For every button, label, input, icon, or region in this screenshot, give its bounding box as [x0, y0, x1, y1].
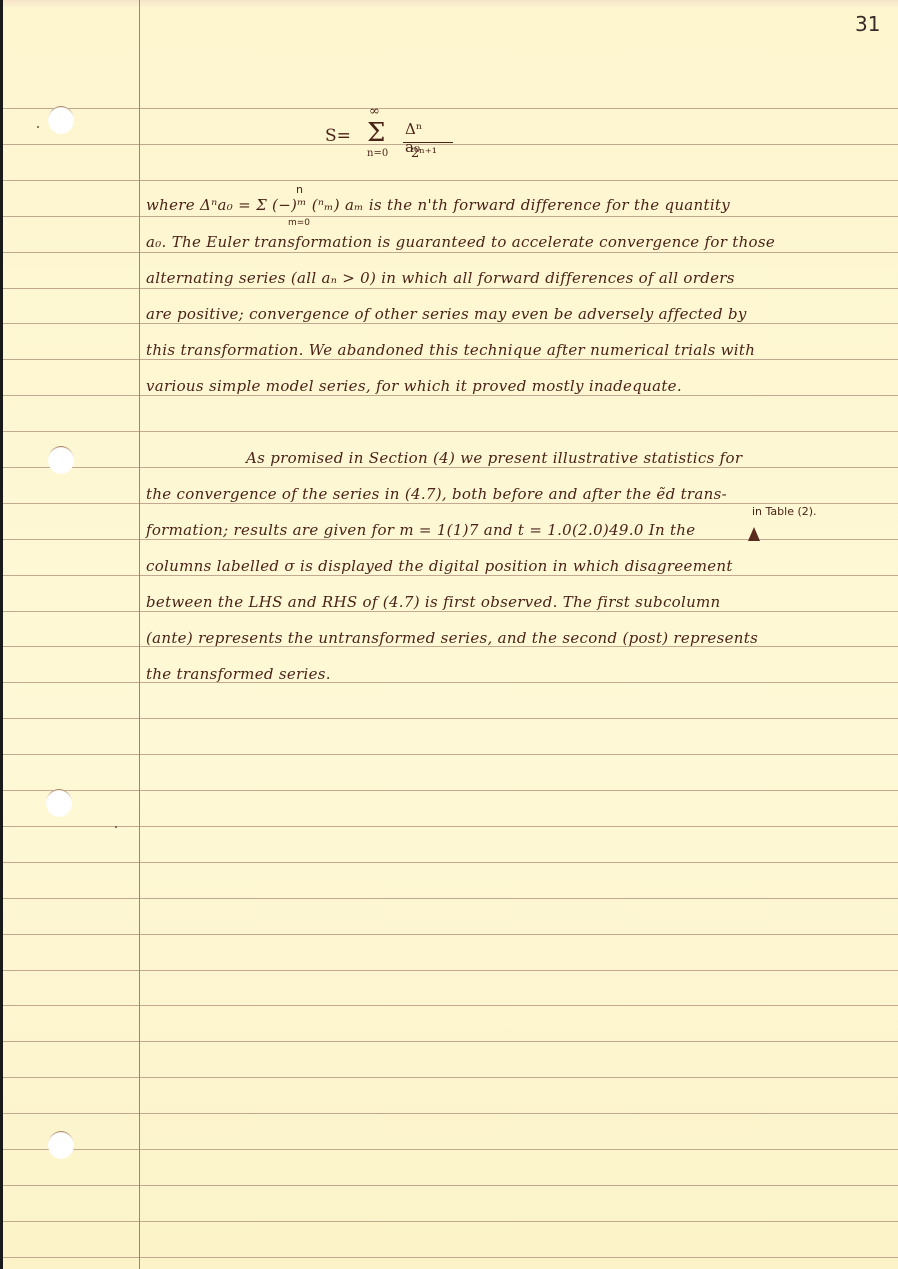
text-line: between the LHS and RHS of (4.7) is firs…	[146, 593, 721, 611]
summation-symbol: Σ	[367, 118, 385, 148]
rule-line	[3, 826, 898, 827]
rule-line	[3, 216, 898, 217]
formula-lower-limit: n=0	[367, 148, 388, 159]
text-line: the convergence of the series in (4.7), …	[146, 485, 727, 503]
punch-hole	[48, 106, 74, 134]
formula-upper-limit: ∞	[369, 104, 380, 119]
page-number: 31	[855, 12, 880, 36]
rule-line	[3, 790, 898, 791]
page-edge	[0, 0, 3, 1269]
punch-hole	[48, 446, 74, 474]
text-line: are positive; convergence of other serie…	[146, 305, 747, 323]
rule-line	[3, 180, 898, 181]
rule-line	[3, 1005, 898, 1006]
notebook-page: 31 S= ∞ Σ n=0 Δⁿ a₀ 2ⁿ⁺¹ where Δⁿa₀ = Σ …	[0, 0, 898, 1269]
rule-line	[3, 1113, 898, 1114]
rule-line	[3, 970, 898, 971]
insertion-caret	[748, 527, 760, 541]
text-line: formation; results are given for m = 1(1…	[146, 521, 695, 539]
rule-line	[3, 1257, 898, 1258]
rule-line	[3, 1185, 898, 1186]
rule-line	[3, 108, 898, 109]
rule-line	[3, 503, 898, 504]
text-line: alternating series (all aₙ > 0) in which…	[146, 269, 735, 287]
paper-speck	[37, 126, 39, 128]
rule-line	[3, 1077, 898, 1078]
text-line: where Δⁿa₀ = Σ (−)ᵐ (ⁿₘ) aₘ is the n'th …	[146, 196, 730, 214]
paper-speck	[115, 826, 117, 828]
rule-line	[3, 682, 898, 683]
rule-line	[3, 1149, 898, 1150]
rule-line	[3, 395, 898, 396]
rule-line	[3, 898, 898, 899]
text-line: this transformation. We abandoned this t…	[146, 341, 755, 359]
text-line: various simple model series, for which i…	[146, 377, 682, 395]
punch-hole	[46, 789, 72, 817]
rule-line	[3, 611, 898, 612]
rule-line	[3, 754, 898, 755]
rule-line	[3, 144, 898, 145]
rule-line	[3, 1221, 898, 1222]
rule-line	[3, 1041, 898, 1042]
rule-line	[3, 575, 898, 576]
text-line: (ante) represents the untransformed seri…	[146, 629, 758, 647]
rule-line	[3, 718, 898, 719]
inline-sum-upper: n	[296, 183, 303, 196]
rule-line	[3, 431, 898, 432]
rule-line	[3, 323, 898, 324]
text-line: a₀. The Euler transformation is guarante…	[146, 233, 775, 251]
margin-line	[139, 0, 140, 1269]
insertion-note: in Table (2).	[752, 505, 817, 518]
rule-line	[3, 539, 898, 540]
inline-sum-lower: m=0	[288, 218, 310, 228]
rule-line	[3, 288, 898, 289]
formula-lhs: S=	[325, 126, 351, 146]
rule-line	[3, 862, 898, 863]
fraction-bar	[403, 142, 453, 143]
text-line: As promised in Section (4) we present il…	[246, 449, 742, 467]
rule-line	[3, 934, 898, 935]
punch-hole	[48, 1131, 74, 1159]
formula-denominator: 2ⁿ⁺¹	[411, 146, 437, 161]
rule-line	[3, 359, 898, 360]
rule-line	[3, 467, 898, 468]
rule-line	[3, 252, 898, 253]
text-line: columns labelled σ is displayed the digi…	[146, 557, 733, 575]
text-line: the transformed series.	[146, 665, 331, 683]
